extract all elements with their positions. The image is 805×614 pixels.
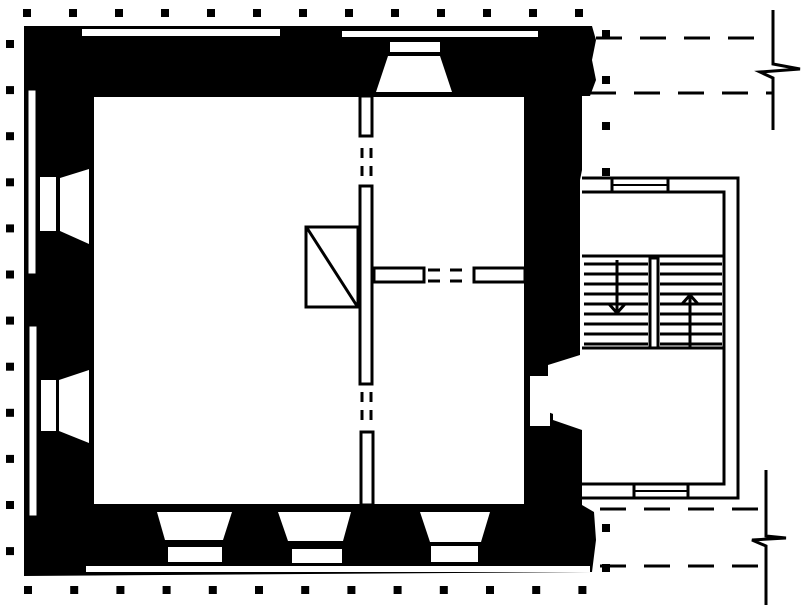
grid-marker-dot <box>529 9 537 17</box>
grid-marker-dot <box>486 586 494 594</box>
grid-marker-dot <box>116 586 124 594</box>
grid-marker-dot <box>440 586 448 594</box>
grid-marker-dot <box>602 122 610 130</box>
grid-marker-dot <box>255 586 263 594</box>
grid-marker-dot <box>483 9 491 17</box>
break-line-south <box>752 470 786 605</box>
grid-marker-dot <box>299 9 307 17</box>
grid-marker-dot <box>6 86 14 94</box>
stair-arrow-up-icon <box>682 295 698 348</box>
grid-marker-dot <box>209 586 217 594</box>
grid-marker-dot <box>345 9 353 17</box>
stair-annex <box>582 178 738 498</box>
grid-marker-dot <box>253 9 261 17</box>
grid-marker-dot <box>6 409 14 417</box>
grid-marker-dot <box>6 132 14 140</box>
grid-marker-dot <box>602 524 610 532</box>
grid-marker-dot <box>6 224 14 232</box>
grid-marker-dot <box>69 9 77 17</box>
grid-marker-dot <box>6 178 14 186</box>
grid-marker-dot <box>394 586 402 594</box>
stair-arrow-down-icon <box>609 260 625 313</box>
grid-marker-dot <box>391 9 399 17</box>
grid-marker-dot <box>532 586 540 594</box>
north-window-splay <box>376 56 452 92</box>
grid-marker-dot <box>347 586 355 594</box>
grid-marker-dot <box>6 455 14 463</box>
grid-marker-dot <box>602 76 610 84</box>
north-window-sill-2 <box>342 31 538 37</box>
grid-marker-dot <box>6 363 14 371</box>
grid-marker-dot <box>6 271 14 279</box>
grid-marker-dot <box>6 40 14 48</box>
grid-marker-dot <box>437 9 445 17</box>
south-sill <box>86 566 590 572</box>
grid-marker-dot <box>163 586 171 594</box>
floor-plan <box>0 0 805 614</box>
grid-marker-dot <box>70 586 78 594</box>
grid-marker-dot <box>24 586 32 594</box>
stove-box <box>306 227 358 307</box>
grid-marker-dot <box>6 547 14 555</box>
break-line-north <box>760 10 800 130</box>
stair-well <box>650 258 658 348</box>
grid-marker-dot <box>23 9 31 17</box>
grid-marker-dot <box>6 501 14 509</box>
grid-marker-dot <box>578 586 586 594</box>
west-sill-1 <box>28 90 36 274</box>
west-sill-2 <box>29 326 37 516</box>
north-window-sill-1 <box>82 29 280 36</box>
grid-marker-dot <box>207 9 215 17</box>
grid-marker-dot <box>301 586 309 594</box>
grid-marker-dot <box>161 9 169 17</box>
grid-marker-dot <box>575 9 583 17</box>
south-window-1 <box>157 512 232 562</box>
north-window-glass <box>390 42 440 52</box>
grid-marker-dot <box>6 317 14 325</box>
grid-marker-dot <box>602 168 610 176</box>
grid-marker-dot <box>115 9 123 17</box>
